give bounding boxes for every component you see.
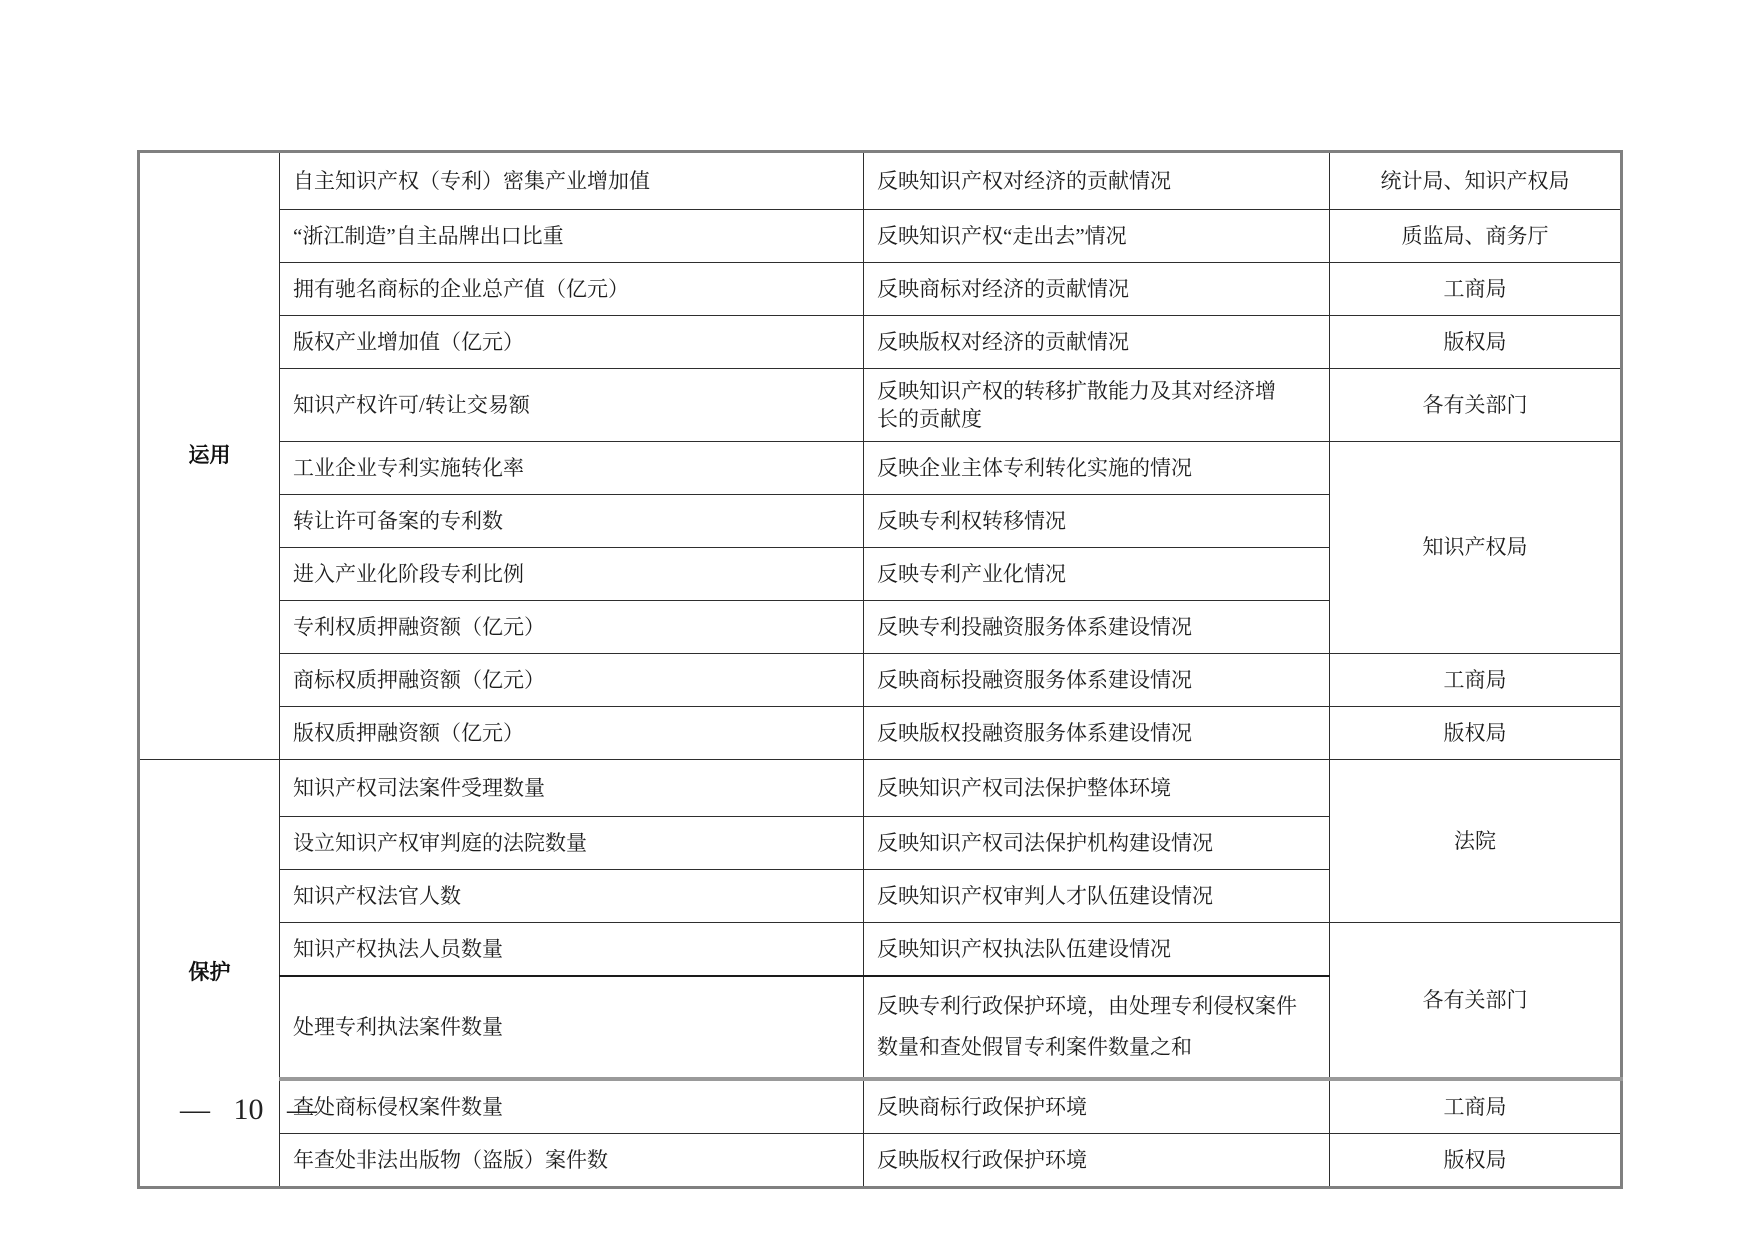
description-cell: 反映专利权转移情况 (864, 495, 1330, 548)
department-cell: 工商局 (1330, 654, 1622, 707)
table-row: 运用 自主知识产权（专利）密集产业增加值 反映知识产权对经济的贡献情况 统计局、… (139, 152, 1622, 210)
table-row: 查处商标侵权案件数量 反映商标行政保护环境 工商局 (139, 1079, 1622, 1134)
department-cell: 工商局 (1330, 1079, 1622, 1134)
description-cell: 反映专利行政保护环境，由处理专利侵权案件 数量和查处假冒专利案件数量之和 (864, 976, 1330, 1079)
description-cell: 反映知识产权司法保护整体环境 (864, 760, 1330, 817)
description-cell: 反映知识产权对经济的贡献情况 (864, 152, 1330, 210)
description-cell: 反映版权投融资服务体系建设情况 (864, 707, 1330, 760)
table-row: 版权质押融资额（亿元） 反映版权投融资服务体系建设情况 版权局 (139, 707, 1622, 760)
description-cell: 反映知识产权的转移扩散能力及其对经济增 长的贡献度 (864, 369, 1330, 442)
indicator-cell: 处理专利执法案件数量 (280, 976, 864, 1079)
department-cell: 质监局、商务厅 (1330, 210, 1622, 263)
description-cell: 反映企业主体专利转化实施的情况 (864, 442, 1330, 495)
description-cell: 反映知识产权“走出去”情况 (864, 210, 1330, 263)
indicator-cell: 知识产权执法人员数量 (280, 923, 864, 977)
department-cell: 法院 (1330, 760, 1622, 923)
indicator-cell: 版权质押融资额（亿元） (280, 707, 864, 760)
table-row: “浙江制造”自主品牌出口比重 反映知识产权“走出去”情况 质监局、商务厅 (139, 210, 1622, 263)
indicator-cell: 进入产业化阶段专利比例 (280, 548, 864, 601)
description-cell: 反映版权对经济的贡献情况 (864, 316, 1330, 369)
indicator-cell: 知识产权法官人数 (280, 870, 864, 923)
department-cell: 各有关部门 (1330, 369, 1622, 442)
category-cell: 运用 (139, 152, 280, 760)
department-cell: 版权局 (1330, 707, 1622, 760)
table-row: 年查处非法出版物（盗版）案件数 反映版权行政保护环境 版权局 (139, 1134, 1622, 1188)
indicator-cell: 知识产权司法案件受理数量 (280, 760, 864, 817)
indicators-table: 运用 自主知识产权（专利）密集产业增加值 反映知识产权对经济的贡献情况 统计局、… (137, 150, 1623, 1189)
indicator-cell: 自主知识产权（专利）密集产业增加值 (280, 152, 864, 210)
table-row: 工业企业专利实施转化率 反映企业主体专利转化实施的情况 知识产权局 (139, 442, 1622, 495)
indicator-cell: 知识产权许可/转让交易额 (280, 369, 864, 442)
description-cell: 反映专利产业化情况 (864, 548, 1330, 601)
indicator-cell: 拥有驰名商标的企业总产值（亿元） (280, 263, 864, 316)
document-page: 运用 自主知识产权（专利）密集产业增加值 反映知识产权对经济的贡献情况 统计局、… (0, 0, 1754, 1240)
description-cell: 反映版权行政保护环境 (864, 1134, 1330, 1188)
department-cell: 版权局 (1330, 316, 1622, 369)
table-row: 商标权质押融资额（亿元） 反映商标投融资服务体系建设情况 工商局 (139, 654, 1622, 707)
description-cell: 反映知识产权执法队伍建设情况 (864, 923, 1330, 977)
department-cell: 统计局、知识产权局 (1330, 152, 1622, 210)
description-cell: 反映商标投融资服务体系建设情况 (864, 654, 1330, 707)
indicator-cell: 专利权质押融资额（亿元） (280, 601, 864, 654)
indicator-cell: 设立知识产权审判庭的法院数量 (280, 817, 864, 870)
description-cell: 反映知识产权审判人才队伍建设情况 (864, 870, 1330, 923)
table-row: 保护 知识产权司法案件受理数量 反映知识产权司法保护整体环境 法院 (139, 760, 1622, 817)
indicator-cell: “浙江制造”自主品牌出口比重 (280, 210, 864, 263)
table-row: 版权产业增加值（亿元） 反映版权对经济的贡献情况 版权局 (139, 316, 1622, 369)
description-cell: 反映商标行政保护环境 (864, 1079, 1330, 1134)
indicator-cell: 商标权质押融资额（亿元） (280, 654, 864, 707)
table-row: 知识产权执法人员数量 反映知识产权执法队伍建设情况 各有关部门 (139, 923, 1622, 977)
department-cell: 各有关部门 (1330, 923, 1622, 1080)
department-cell: 版权局 (1330, 1134, 1622, 1188)
indicator-cell: 年查处非法出版物（盗版）案件数 (280, 1134, 864, 1188)
description-cell: 反映商标对经济的贡献情况 (864, 263, 1330, 316)
indicator-cell: 版权产业增加值（亿元） (280, 316, 864, 369)
table-row: 拥有驰名商标的企业总产值（亿元） 反映商标对经济的贡献情况 工商局 (139, 263, 1622, 316)
indicator-cell: 转让许可备案的专利数 (280, 495, 864, 548)
department-cell: 工商局 (1330, 263, 1622, 316)
table-row: 知识产权许可/转让交易额 反映知识产权的转移扩散能力及其对经济增 长的贡献度 各… (139, 369, 1622, 442)
description-cell: 反映专利投融资服务体系建设情况 (864, 601, 1330, 654)
department-cell: 知识产权局 (1330, 442, 1622, 654)
indicator-cell: 查处商标侵权案件数量 (280, 1079, 864, 1134)
page-number: — 10 — (180, 1093, 317, 1127)
indicator-cell: 工业企业专利实施转化率 (280, 442, 864, 495)
description-cell: 反映知识产权司法保护机构建设情况 (864, 817, 1330, 870)
